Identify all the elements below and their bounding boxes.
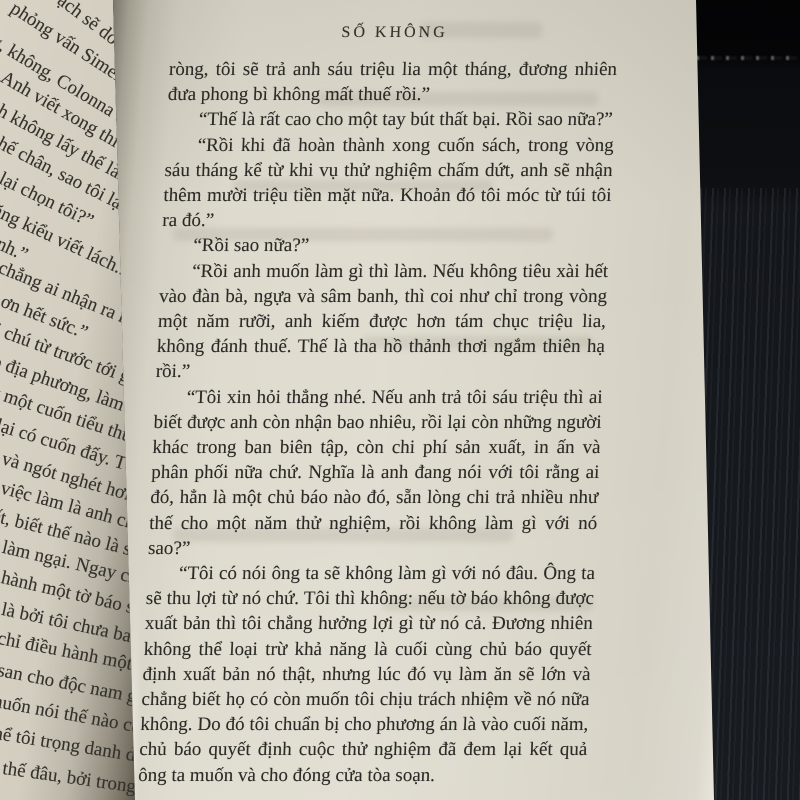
running-header: SỐ KHÔNG xyxy=(170,24,619,42)
page-text-column: SỐ KHÔNG ròng, tôi sẽ trả anh sáu triệu … xyxy=(138,24,619,788)
body-paragraph: “Thế là rất cao cho một tay bút thất bại… xyxy=(166,107,615,132)
body-paragraph: “Rồi khi đã hoàn thành xong cuốn sách, t… xyxy=(162,133,614,234)
body-paragraph: “Rồi sao nữa?” xyxy=(161,233,610,258)
left-page: ạch sẽ do c phỏng vấn Simei? ng, không, … xyxy=(0,0,135,800)
right-page: SỐ KHÔNG ròng, tôi sẽ trả anh sáu triệu … xyxy=(113,0,714,800)
book-photo: { "book": { "title_running_header": "SỐ … xyxy=(0,0,800,800)
body-paragraph: “Tôi có nói ông ta sẽ không làm gì với n… xyxy=(138,561,596,788)
body-paragraph: ròng, tôi sẽ trả anh sáu triệu lia một t… xyxy=(167,57,617,107)
body-paragraph: “Tôi xin hỏi thẳng nhé. Nếu anh trả tôi … xyxy=(148,385,604,561)
table-reflection-highlight xyxy=(692,56,800,60)
body-paragraph: “Rồi anh muốn làm gì thì làm. Nếu không … xyxy=(155,259,609,385)
